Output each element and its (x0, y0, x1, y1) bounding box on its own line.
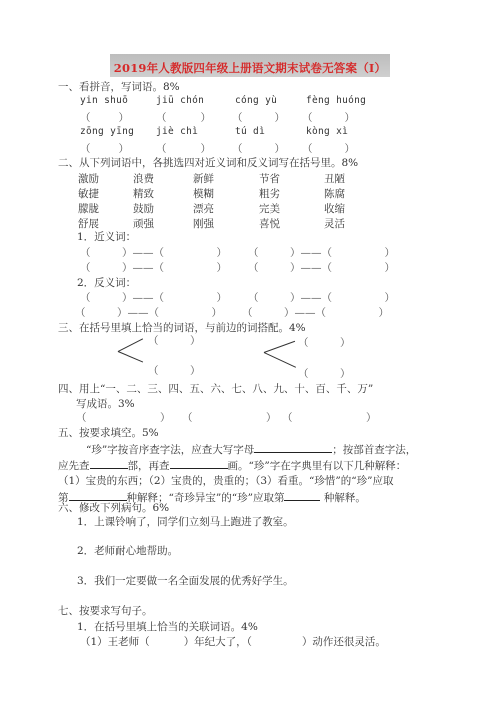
word: 浪费 (133, 171, 154, 186)
synonyms-label: 1．近义词： (77, 229, 136, 244)
pinyin-4: fèng huóng (306, 95, 366, 106)
answer-blank[interactable]: （） (232, 141, 285, 156)
idiom-blank[interactable]: （ ） (282, 410, 377, 425)
section-7-heading: 七、按要求写句子。 (58, 603, 153, 618)
section-7-sub-1: 1．在括号里填上恰当的关联词语。4% (77, 619, 258, 634)
pinyin-1: yin shuō (80, 95, 128, 106)
word: 收缩 (324, 201, 345, 216)
section-6-heading: 六、修改下列病句。6% (58, 500, 169, 515)
word: 精致 (133, 186, 154, 201)
collocation-blank[interactable]: （ ） (298, 335, 351, 350)
word: 陈腐 (324, 186, 345, 201)
word: 节省 (259, 171, 280, 186)
document-title: 2019年人教版四年级上册语文期末试卷无答案（I） (110, 60, 390, 76)
sentence-2: 2．老师耐心地帮助。 (77, 543, 178, 558)
pinyin-8: kòng xì (306, 126, 348, 137)
answer-blank[interactable]: （） (80, 141, 129, 156)
collocation-blank[interactable]: （ ） (298, 366, 351, 381)
answer-blank[interactable]: （） (302, 141, 355, 156)
word: 敏捷 (78, 186, 99, 201)
idiom-blank[interactable]: （ ） (76, 410, 171, 425)
word: 朦胧 (78, 201, 99, 216)
letter-blank[interactable] (254, 441, 332, 453)
word: 模糊 (193, 186, 214, 201)
section-5-line-3: （1）宝贵的东西；（2）宝贵的，贵重的；（3）看重。“珍惜”的“珍”应取 (58, 473, 394, 488)
idiom-blank[interactable]: （ ） (182, 410, 277, 425)
answer-blank[interactable]: （） (80, 110, 129, 125)
antonyms-label: 2．反义词： (77, 275, 136, 290)
conjunction-question-1: （1）王老师（）年纪大了，（）动作还很灵活。 (80, 634, 386, 649)
word: 粗劣 (259, 186, 280, 201)
sentence-1: 1．上课铃响了，同学们立刻马上跑进了教室。 (77, 514, 294, 529)
pinyin-5: zōng yīng (80, 126, 134, 137)
antonym-pair-blank[interactable]: （ ）——（ ） (80, 290, 227, 305)
synonym-pair-blank[interactable]: （ ）——（ ） (80, 245, 227, 260)
word: 完美 (259, 201, 280, 216)
section-5-line-1: “珍”字按音序查字法，应查大写字母；按部首查字法， (86, 441, 416, 457)
word: 激励 (78, 171, 99, 186)
meaning-blank-2[interactable] (284, 489, 320, 501)
collocation-blank[interactable]: （ ） (148, 363, 201, 378)
section-5-heading: 五、按要求填空。5% (58, 425, 159, 440)
answer-blank[interactable]: （） (232, 110, 285, 125)
word: 新鲜 (193, 171, 214, 186)
pinyin-2: jiū chón (156, 95, 204, 106)
antonym-pair-blank[interactable]: （ ）——（ ） (75, 305, 222, 320)
synonym-pair-blank[interactable]: （ ）——（ ） (248, 245, 395, 260)
pinyin-6: jiè chì (156, 126, 198, 137)
word: 丑陋 (324, 171, 345, 186)
answer-blank[interactable]: （） (156, 110, 211, 125)
word: 刚强 (193, 216, 214, 231)
section-4-heading: 四、用上“一、二、三、四、五、六、七、八、九、十、百、千、万” (58, 381, 373, 396)
synonym-pair-blank[interactable]: （ ）——（ ） (248, 260, 395, 275)
sentence-3: 3．我们一定要做一名全面发展的优秀好学生。 (77, 573, 294, 588)
pinyin-3: cóng yù (235, 95, 277, 106)
section-1-heading: 一、看拼音，写词语。8% (58, 79, 180, 94)
section-5-line-2: 应先查部，再查画。“珍”字在字典里有以下几种解释： (58, 457, 406, 473)
answer-blank[interactable]: （） (156, 141, 211, 156)
radical-blank[interactable] (90, 457, 128, 469)
word: 漂亮 (193, 201, 214, 216)
section-2-heading: 二、从下列词语中，各挑选四对近义词和反义词写在括号里。8% (58, 155, 358, 170)
answer-blank[interactable]: （） (302, 110, 355, 125)
antonym-pair-blank[interactable]: （ ）——（ ） (242, 305, 389, 320)
collocation-blank[interactable]: （ ） (148, 333, 201, 348)
strokes-blank[interactable] (170, 457, 228, 469)
word: 喜悦 (259, 216, 280, 231)
word: 鼓励 (133, 201, 154, 216)
antonym-pair-blank[interactable]: （ ）——（ ） (248, 290, 395, 305)
pinyin-7: tú dì (235, 126, 265, 137)
word: 灵活 (324, 216, 345, 231)
section-4-heading-cont: 写成语。3% (76, 396, 135, 411)
synonym-pair-blank[interactable]: （ ）——（ ） (80, 260, 227, 275)
